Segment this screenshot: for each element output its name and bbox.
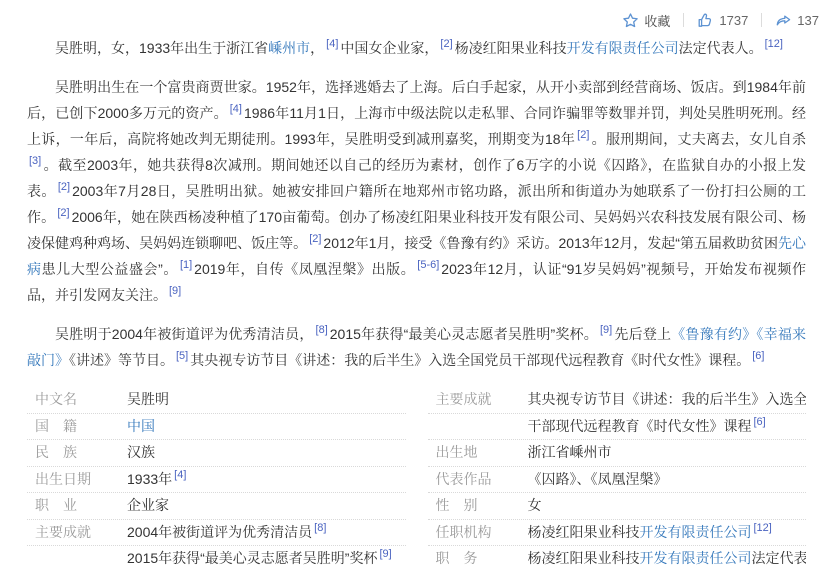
reference-sup[interactable]: [5-6] — [415, 259, 441, 271]
infobox-row: 干部现代远程教育《时代女性》课程[6] — [428, 414, 807, 441]
action-bar: 收藏 1737 137 — [0, 0, 833, 31]
text-run: 法定代表人。 — [679, 40, 763, 56]
infobox-label: 职 业 — [27, 493, 127, 519]
text-run: 患儿大型公益盛会”。 — [42, 261, 178, 277]
text-run: ， — [310, 40, 324, 56]
text-run: 中国女企业家， — [340, 40, 438, 56]
text-run: 女 — [528, 497, 542, 513]
favorite-button[interactable]: 收藏 — [622, 11, 670, 30]
reference-sup[interactable]: [5] — [174, 350, 190, 362]
infobox-value: 杨凌红阳果业科技开发有限责任公司法定代表人[12] — [528, 546, 807, 569]
inline-link[interactable]: 开发有限责任公司 — [640, 524, 752, 540]
reference-sup[interactable]: [6] — [750, 350, 766, 362]
share-button[interactable]: 137 — [775, 12, 819, 29]
infobox-row: 职 务杨凌红阳果业科技开发有限责任公司法定代表人[12] — [428, 546, 807, 569]
infobox-right-column: 主要成就其央视专访节目《讲述：我的后半生》入选全国党员干部现代远程教育《时代女性… — [428, 387, 807, 569]
infobox: 中文名吴胜明国 籍中国民 族汉族出生日期1933年[4]职 业企业家主要成就20… — [27, 387, 806, 569]
infobox-value: 企业家 — [127, 493, 406, 519]
article-body: 吴胜明，女，1933年出生于浙江省嵊州市，[4]中国女企业家，[2]杨凌红阳果业… — [0, 35, 833, 373]
infobox-label: 民 族 — [27, 440, 127, 466]
reference-sup[interactable]: [6] — [752, 416, 768, 428]
like-count: 1737 — [719, 13, 748, 28]
infobox-label: 出生地 — [428, 440, 528, 466]
infobox-label: 中文名 — [27, 387, 127, 413]
text-run: 吴胜明，女，1933年出生于浙江省 — [55, 40, 268, 56]
infobox-label: 主要成就 — [27, 520, 127, 546]
text-run: 汉族 — [127, 444, 155, 460]
infobox-label: 任职机构 — [428, 520, 528, 546]
infobox-row: 代表作品《囚路》、《凤凰涅槃》 — [428, 467, 807, 494]
text-run: 2004年被街道评为优秀清洁员 — [127, 524, 312, 540]
intro-paragraph: 吴胜明，女，1933年出生于浙江省嵊州市，[4]中国女企业家，[2]杨凌红阳果业… — [27, 35, 806, 61]
infobox-left-column: 中文名吴胜明国 籍中国民 族汉族出生日期1933年[4]职 业企业家主要成就20… — [27, 387, 406, 569]
reference-sup[interactable]: [3] — [27, 155, 43, 167]
infobox-value: 2004年被街道评为优秀清洁员[8] — [127, 520, 406, 546]
share-count: 137 — [797, 13, 819, 28]
reference-sup[interactable]: [4] — [324, 38, 340, 50]
infobox-row: 职 业企业家 — [27, 493, 406, 520]
infobox-value: 浙江省嵊州市 — [528, 440, 807, 466]
text-run: 先后登上 — [614, 326, 671, 342]
reference-sup[interactable]: [12] — [752, 522, 774, 534]
text-run: 2019年，自传《凤凰涅槃》出版。 — [194, 261, 415, 277]
toolbar-divider — [761, 13, 762, 27]
text-run: 法定代表人 — [752, 550, 807, 566]
text-run: 2012年1月，接受《鲁豫有约》采访。2013年12月，发起“第五届救助贫困 — [323, 235, 778, 251]
infobox-label: 出生日期 — [27, 467, 127, 493]
inline-link[interactable]: 嵊州市 — [268, 40, 310, 56]
infobox-label: 性 别 — [428, 493, 528, 519]
reference-sup[interactable]: [8] — [314, 324, 330, 336]
inline-link[interactable]: 开发有限责任公司 — [567, 40, 679, 56]
infobox-label: 国 籍 — [27, 414, 127, 440]
infobox-label: 代表作品 — [428, 467, 528, 493]
reference-sup[interactable]: [9] — [598, 324, 614, 336]
text-run: 其央视专访节目《讲述：我的后半生》入选全国党员干部现代远程教育《时代女性》课程。 — [190, 352, 750, 368]
infobox-row: 任职机构杨凌红阳果业科技开发有限责任公司[12] — [428, 520, 807, 547]
text-run: 干部现代远程教育《时代女性》课程 — [528, 418, 752, 434]
infobox-row: 主要成就2004年被街道评为优秀清洁员[8] — [27, 520, 406, 547]
inline-link[interactable]: 开发有限责任公司 — [640, 550, 752, 566]
infobox-row: 主要成就其央视专访节目《讲述：我的后半生》入选全国党员 — [428, 387, 807, 414]
text-run: 杨凌红阳果业科技 — [528, 550, 640, 566]
text-run: 1933年 — [127, 471, 172, 487]
infobox-value: 汉族 — [127, 440, 406, 466]
text-run: 《讲述》等节目。 — [69, 352, 174, 368]
like-button[interactable]: 1737 — [697, 12, 748, 29]
infobox-value: 吴胜明 — [127, 387, 406, 413]
reference-sup[interactable]: [8] — [312, 522, 328, 534]
reference-sup[interactable]: [9] — [167, 285, 183, 297]
text-run: 杨凌红阳果业科技 — [455, 40, 567, 56]
reference-sup[interactable]: [1] — [178, 259, 194, 271]
text-run: 企业家 — [127, 497, 169, 513]
biography-paragraph: 吴胜明出生在一个富贵商贾世家。1952年，选择逃婚去了上海。后白手起家，从开小卖… — [27, 74, 806, 308]
text-run: 其央视专访节目《讲述：我的后半生》入选全国党员 — [528, 391, 807, 407]
infobox-value: 《囚路》、《凤凰涅槃》 — [528, 467, 807, 493]
text-run: 吴胜明 — [127, 391, 169, 407]
infobox-value: 杨凌红阳果业科技开发有限责任公司[12] — [528, 520, 807, 546]
infobox-value: 其央视专访节目《讲述：我的后半生》入选全国党员 — [528, 387, 807, 413]
infobox-row: 中文名吴胜明 — [27, 387, 406, 414]
text-run: 2015年获得“最美心灵志愿者吴胜明”奖杯。 — [330, 326, 598, 342]
text-run: 浙江省嵊州市 — [528, 444, 612, 460]
text-run: 吴胜明于2004年被街道评为优秀清洁员， — [55, 326, 314, 342]
infobox-value: 2015年获得“最美心灵志愿者吴胜明”奖杯[9] — [127, 546, 406, 569]
reference-sup[interactable]: [12] — [763, 38, 785, 50]
reference-sup[interactable]: [2] — [575, 129, 591, 141]
reference-sup[interactable]: [2] — [56, 181, 72, 193]
infobox-value: 1933年[4] — [127, 467, 406, 493]
text-run: 杨凌红阳果业科技 — [528, 524, 640, 540]
honors-paragraph: 吴胜明于2004年被街道评为优秀清洁员，[8]2015年获得“最美心灵志愿者吴胜… — [27, 321, 806, 373]
infobox-value: 中国 — [127, 414, 406, 440]
thumbs-up-icon — [697, 12, 714, 29]
inline-link[interactable]: 《鲁豫有约》 — [671, 326, 756, 342]
infobox-row: 国 籍中国 — [27, 414, 406, 441]
infobox-label: 主要成就 — [428, 387, 528, 413]
infobox-row: 出生日期1933年[4] — [27, 467, 406, 494]
text-run: 。服刑期间，丈夫离去，女儿自杀 — [591, 131, 806, 147]
share-arrow-icon — [775, 12, 792, 29]
favorite-label: 收藏 — [644, 11, 670, 30]
reference-sup[interactable]: [2] — [307, 233, 323, 245]
inline-link[interactable]: 中国 — [127, 418, 155, 434]
reference-sup[interactable]: [4] — [228, 103, 244, 115]
infobox-row: 民 族汉族 — [27, 440, 406, 467]
star-icon — [622, 12, 639, 29]
toolbar-divider — [683, 13, 684, 27]
infobox-value: 女 — [528, 493, 807, 519]
reference-sup[interactable]: [2] — [438, 38, 454, 50]
text-run: 2015年获得“最美心灵志愿者吴胜明”奖杯 — [127, 550, 377, 566]
reference-sup[interactable]: [2] — [55, 207, 71, 219]
reference-sup[interactable]: [4] — [172, 469, 188, 481]
infobox-row: 性 别女 — [428, 493, 807, 520]
infobox-row: 出生地浙江省嵊州市 — [428, 440, 807, 467]
text-run: 《囚路》、《凤凰涅槃》 — [528, 471, 668, 487]
infobox-value: 干部现代远程教育《时代女性》课程[6] — [528, 414, 807, 440]
reference-sup[interactable]: [9] — [377, 548, 393, 560]
infobox-label: 职 务 — [428, 546, 528, 569]
infobox-row: 2015年获得“最美心灵志愿者吴胜明”奖杯[9] — [27, 546, 406, 569]
